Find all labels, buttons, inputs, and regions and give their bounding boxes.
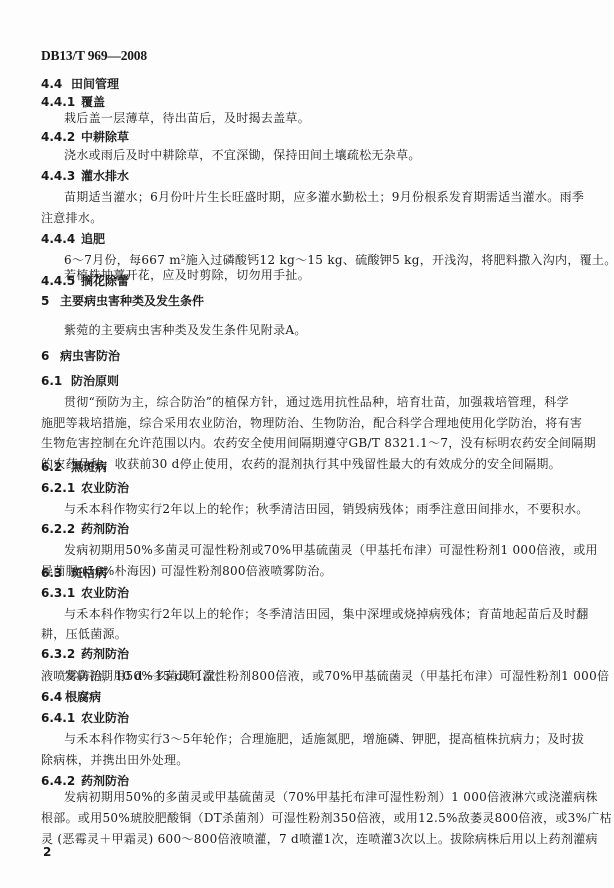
heading-number: 5 [41,295,60,307]
heading-title: 黑斑病 [71,460,107,474]
paragraph-line: 根部。或用50%琥胶肥酸铜（DT杀菌剂）可湿性粉剂350倍液，或用12.5%敌萎… [41,812,612,824]
paragraph-line: 发病初期用50%的多菌灵或甲基硫菌灵（70%甲基托布津可湿性粉剂）1 000倍液… [64,791,598,803]
heading-title: 追肥 [81,232,105,246]
paragraph-line: 与禾本科作物实行2年以上的轮作；冬季清洁田园，集中深埋或烧掉病残体；育苗地起苗后… [64,608,589,620]
paragraph-line: 注意排水。 [41,212,103,224]
heading-number: 6.4.1 [41,712,81,724]
heading-number: 6.2.1 [41,482,81,494]
heading-6-4-1: 6.4.1农业防治 [41,712,129,724]
page-number: 2 [43,846,51,858]
heading-title: 农业防治 [81,586,129,600]
heading-title: 农业防治 [81,711,129,725]
heading-title: 斑枯病 [71,566,107,580]
heading-4-4-1: 4.4.1覆盖 [41,96,105,108]
paragraph-line: 施肥等栽培措施，综合采用农业防治，物理防治、生物防治，配合科学合理地使用化学防治… [41,417,582,429]
heading-number: 6.4 [41,691,65,703]
heading-6-2-1: 6.2.1农业防治 [41,482,129,494]
heading-4-4-4: 4.4.4追肥 [41,233,105,245]
text-segment: 6～7月份，每667 m [64,253,181,267]
heading-title: 根腐病 [65,690,101,704]
heading-title: 中耕除草 [81,130,129,144]
heading-title: 灌水排水 [81,169,129,183]
heading-6-4-2: 6.4.2药剂防治 [41,775,129,787]
paragraph-line: 除病株，并携出田外处理。 [41,754,189,766]
document-page: DB13/T 969—2008 4.4田间管理 4.4.1覆盖 栽后盖一层薄草，… [0,0,614,888]
heading-number: 6.1 [41,375,71,387]
heading-6-2: 6.2黑斑病 [41,461,107,473]
paragraph-line: 浇水或雨后及时中耕除草，不宜深锄，保持田间土壤疏松无杂草。 [64,149,421,161]
text-segment: 施入过磷酸钙12 kg～15 kg、硫酸钾5 kg，开浅沟，将肥料撒入沟内，覆土… [186,253,614,267]
paragraph-line: 栽后盖一层薄草，待出苗后，及时揭去盖草。 [64,112,310,124]
paragraph-line: 紫菀的主要病虫害种类及发生条件见附录A。 [64,324,307,336]
paragraph-line: 耕，压低菌源。 [41,628,127,640]
heading-4-4-2: 4.4.2中耕除草 [41,131,129,143]
heading-number: 4.4.3 [41,170,81,182]
paragraph-line: 6～7月份，每667 m2施入过磷酸钙12 kg～15 kg、硫酸钾5 kg，开… [64,254,614,266]
heading-6: 6病虫害防治 [41,350,120,362]
paragraph-line: 与禾本科作物实行3～5年轮作；合理施肥，适施氮肥，增施磷、钾肥，提高植株抗病力；… [64,733,584,745]
heading-6-3: 6.3斑枯病 [41,567,107,579]
heading-title: 主要病虫害种类及发生条件 [60,294,204,308]
paragraph-line: 苗期适当灌水；6月份叶片生长旺盛时期，应多灌水勤松土；9月份根系发育期需适当灌水… [64,191,584,203]
heading-title: 药剂防治 [81,522,129,536]
heading-title: 病虫害防治 [60,349,120,363]
document-id-header: DB13/T 969—2008 [41,49,147,63]
heading-6-3-2: 6.3.2药剂防治 [41,648,129,660]
heading-title: 农业防治 [81,481,129,495]
heading-5: 5主要病虫害种类及发生条件 [41,295,204,307]
heading-number: 6.2.2 [41,523,81,535]
heading-number: 6.4.2 [41,775,81,787]
paragraph-line: 发病初期用50%多菌灵可湿性粉剂或70%甲基硫菌灵（甲基托布津）可湿性粉剂1 0… [64,544,598,556]
heading-number: 4.4.2 [41,131,81,143]
heading-number: 4.4.4 [41,233,81,245]
paragraph-line: 灵 (恶霉灵＋甲霜灵) 600～800倍液喷灌，7 d喷灌1次，连喷灌3次以上。… [41,833,598,845]
paragraph-line: 与禾本科作物实行2年以上的轮作；秋季清洁田园，销毁病残体；雨季注意田间排水，不要… [64,503,589,515]
heading-4-4-3: 4.4.3灌水排水 [41,170,129,182]
heading-6-3-1: 6.3.1农业防治 [41,587,129,599]
heading-6-2-2: 6.2.2药剂防治 [41,523,129,535]
heading-title: 药剂防治 [81,774,129,788]
paragraph-line: 贯彻“预防为主，综合防治”的植保方针，通过选用抗性品种，培育壮苗，加强栽培管理，… [64,396,569,408]
paragraph-line: 的农药品种，收获前30 d停止使用，农药的混剂执行其中残留性最大的有效成分的安全… [41,458,561,470]
heading-title: 防治原则 [71,374,119,388]
paragraph-line: 生物危害控制在允许范围以内。农药安全使用间隔期遵守GB/T 8321.1～7，没… [41,437,596,449]
heading-title: 覆盖 [81,95,105,109]
heading-number: 4.4.1 [41,96,81,108]
heading-number: 6 [41,350,60,362]
heading-number: 4.4 [41,78,71,90]
heading-6-1: 6.1防治原则 [41,375,119,387]
heading-number: 6.3.2 [41,648,81,660]
heading-title: 药剂防治 [81,647,129,661]
heading-number: 6.3 [41,567,71,579]
heading-title: 田间管理 [71,77,119,91]
heading-number: 6.2 [41,461,71,473]
heading-6-4: 6.4根腐病 [41,691,101,703]
heading-4-4: 4.4田间管理 [41,78,119,90]
heading-number: 6.3.1 [41,587,81,599]
paragraph-line: 液喷雾防治，10 d～15 d喷1次。 [41,670,228,682]
paragraph-line: 若植株抽薹开花，应及时剪除，切勿用手扯。 [64,269,310,281]
